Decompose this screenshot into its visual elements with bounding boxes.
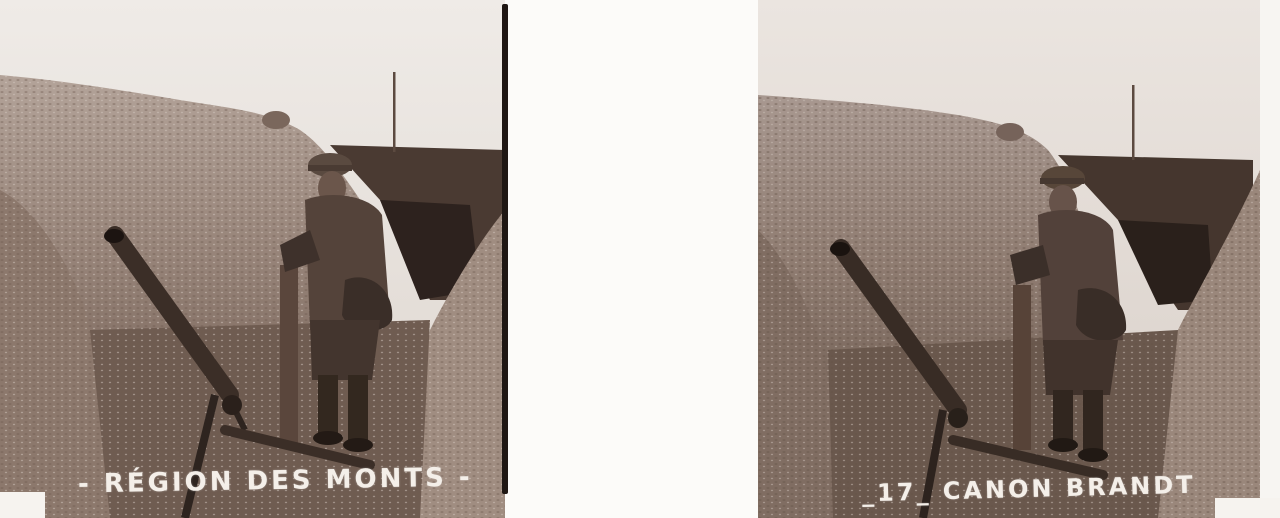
plate-edge-right bbox=[1260, 0, 1280, 518]
stereo-view-right bbox=[758, 0, 1260, 518]
plate-gap bbox=[505, 0, 758, 518]
plate-frame-edge bbox=[502, 4, 508, 494]
trench-scene-right bbox=[758, 0, 1260, 518]
plate-corner bbox=[1215, 498, 1280, 518]
stereo-view-left bbox=[0, 0, 505, 518]
trench-scene-left bbox=[0, 0, 505, 518]
plate-corner bbox=[0, 492, 45, 518]
